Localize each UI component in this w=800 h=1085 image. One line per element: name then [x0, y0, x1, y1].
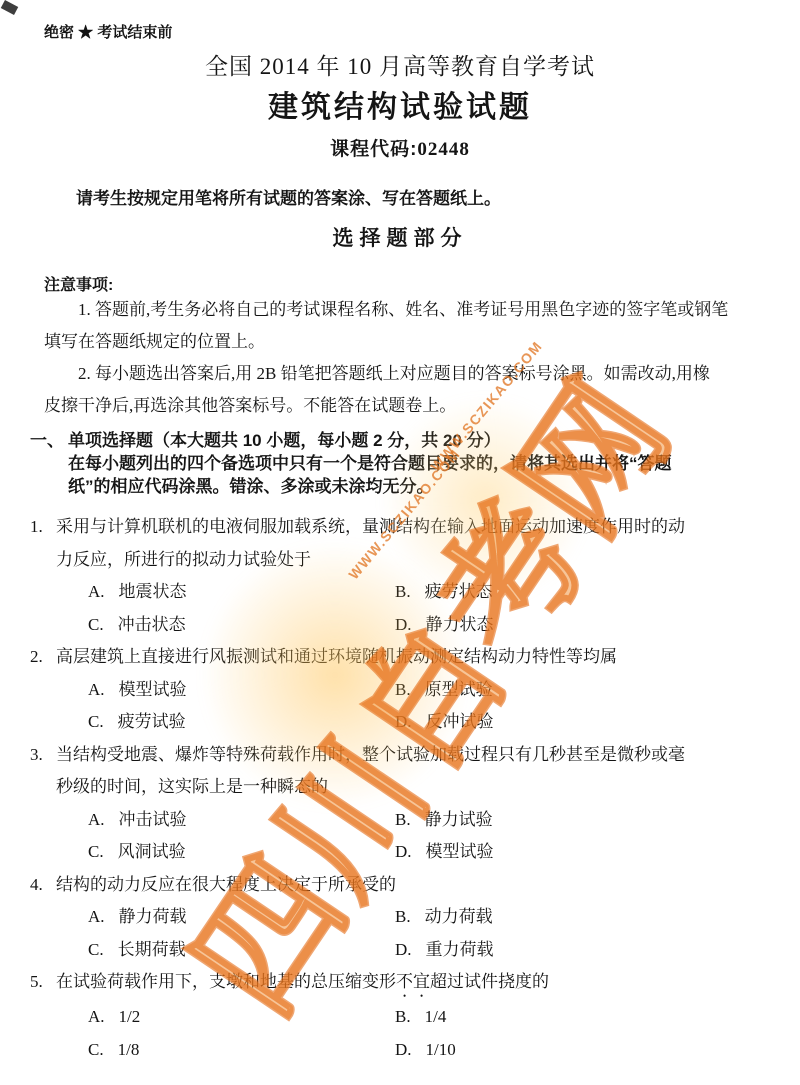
question-text: 结构的动力反应在很大程度上决定于所承受的: [56, 875, 396, 894]
option-text: 1/8: [118, 1040, 140, 1059]
option-letter: C.: [88, 712, 104, 731]
option-text: 1/10: [426, 1040, 456, 1059]
option-letter: A.: [88, 680, 105, 699]
question-list: 1.采用与计算机联机的电液伺服加载系统，量测结构在输入地面运动加速度作用时的动力…: [0, 511, 800, 1066]
option-text: 冲击试验: [119, 810, 187, 829]
question: 1.采用与计算机联机的电液伺服加载系统，量测结构在输入地面运动加速度作用时的动力…: [0, 511, 800, 641]
option-text: 地震状态: [119, 582, 187, 601]
options-row: C.风洞试验D.模型试验: [0, 836, 800, 869]
options-row: C.长期荷载D.重力荷载: [0, 934, 800, 967]
option-letter: D.: [395, 712, 412, 731]
notice-heading: 注意事项:: [44, 272, 113, 295]
question-stem: 3.当结构受地震、爆炸等特殊荷载作用时，整个试验加载过程只有几秒甚至是微秒或毫秒…: [0, 739, 800, 804]
option-text: 静力荷载: [119, 907, 187, 926]
question-number: 4.: [30, 869, 43, 902]
option-text: 模型试验: [426, 842, 494, 861]
options-row: A.地震状态B.疲劳状态: [0, 576, 800, 609]
option-a: A.地震状态: [0, 576, 395, 609]
question-stem: 2.高层建筑上直接进行风振测试和通过环境随机振动测定结构动力特性等均属: [0, 641, 800, 674]
exam-session-title: 全国 2014 年 10 月高等教育自学考试: [0, 48, 800, 81]
option-b: B.1/4: [395, 1001, 446, 1034]
question-number: 5.: [30, 966, 43, 999]
option-letter: C.: [88, 940, 104, 959]
option-a: A.模型试验: [0, 674, 395, 707]
question-stem: 5.在试验荷载作用下，支墩和地基的总压缩变形不宜超过试件挠度的: [0, 966, 800, 1001]
option-letter: A.: [88, 582, 105, 601]
option-d: D.模型试验: [395, 836, 494, 869]
option-letter: A.: [88, 810, 105, 829]
options-row: C.1/8D.1/10: [0, 1034, 800, 1067]
option-text: 疲劳试验: [118, 712, 186, 731]
question: 4.结构的动力反应在很大程度上决定于所承受的A.静力荷载B.动力荷载C.长期荷载…: [0, 869, 800, 967]
question-text: 当结构受地震、爆炸等特殊荷载作用时，整个试验加载过程只有几秒甚至是微秒或毫秒级的…: [56, 745, 685, 797]
question-text: 采用与计算机联机的电液伺服加载系统，量测结构在输入地面运动加速度作用时的动力反应…: [56, 517, 685, 569]
option-a: A.冲击试验: [0, 804, 395, 837]
question-text: 高层建筑上直接进行风振测试和通过环境随机振动测定结构动力特性等均属: [56, 647, 617, 666]
course-code-label: 课程代码:: [330, 139, 417, 160]
option-b: B.静力试验: [395, 804, 493, 837]
course-code-line: 课程代码:02448: [0, 134, 800, 161]
option-d: D.反冲试验: [395, 706, 494, 739]
option-b: B.原型试验: [395, 674, 493, 707]
options-row: C.冲击状态D.静力状态: [0, 609, 800, 642]
option-a: A.1/2: [0, 1001, 395, 1034]
question: 3.当结构受地震、爆炸等特殊荷载作用时，整个试验加载过程只有几秒甚至是微秒或毫秒…: [0, 739, 800, 869]
option-letter: C.: [88, 1040, 104, 1059]
part1-numeral: 一、: [30, 429, 64, 452]
options-row: A.冲击试验B.静力试验: [0, 804, 800, 837]
question: 2.高层建筑上直接进行风振测试和通过环境随机振动测定结构动力特性等均属A.模型试…: [0, 641, 800, 739]
course-code-value: 02448: [417, 139, 470, 160]
question-text: 在试验荷载作用下，支墩和地基的总压缩变形不宜超过试件挠度的: [56, 972, 549, 991]
option-text: 长期荷载: [118, 940, 186, 959]
question-number: 3.: [30, 739, 43, 772]
option-letter: A.: [88, 1007, 105, 1026]
option-text: 重力荷载: [426, 940, 494, 959]
option-text: 反冲试验: [426, 712, 494, 731]
options-row: A.模型试验B.原型试验: [0, 674, 800, 707]
question-number: 1.: [30, 511, 43, 544]
part1-heading-block: 一、 单项选择题（本大题共 10 小题，每小题 2 分，共 20 分） 在每小题…: [0, 429, 772, 498]
question: 5.在试验荷载作用下，支墩和地基的总压缩变形不宜超过试件挠度的A.1/2B.1/…: [0, 966, 800, 1066]
option-text: 冲击状态: [118, 615, 186, 634]
option-text: 静力状态: [426, 615, 494, 634]
question-stem: 1.采用与计算机联机的电液伺服加载系统，量测结构在输入地面运动加速度作用时的动力…: [0, 511, 800, 576]
exam-subject-title: 建筑结构试验试题: [0, 82, 800, 126]
option-a: A.静力荷载: [0, 901, 395, 934]
option-d: D.1/10: [395, 1034, 456, 1067]
option-letter: A.: [88, 907, 105, 926]
option-text: 静力试验: [425, 810, 493, 829]
option-letter: B.: [395, 680, 411, 699]
notice-item: 1. 答题前,考生务必将自己的考试课程名称、姓名、准考证号用黑色字迹的签字笔或钢…: [44, 294, 760, 358]
option-c: C.风洞试验: [0, 836, 395, 869]
question-number: 2.: [30, 641, 43, 674]
option-letter: D.: [395, 615, 412, 634]
option-text: 模型试验: [119, 680, 187, 699]
option-letter: C.: [88, 842, 104, 861]
option-letter: C.: [88, 615, 104, 634]
option-letter: D.: [395, 842, 412, 861]
option-text: 原型试验: [425, 680, 493, 699]
option-text: 疲劳状态: [425, 582, 493, 601]
option-letter: B.: [395, 1007, 411, 1026]
option-letter: D.: [395, 940, 412, 959]
option-text: 动力荷载: [425, 907, 493, 926]
question-stem: 4.结构的动力反应在很大程度上决定于所承受的: [0, 869, 800, 902]
notice-list: 1. 答题前,考生务必将自己的考试课程名称、姓名、准考证号用黑色字迹的签字笔或钢…: [44, 294, 760, 422]
options-row: A.静力荷载B.动力荷载: [0, 901, 800, 934]
section-title: 选择题部分: [0, 222, 800, 252]
part1-heading: 单项选择题（本大题共 10 小题，每小题 2 分，共 20 分）: [68, 429, 772, 452]
option-letter: B.: [395, 582, 411, 601]
option-d: D.静力状态: [395, 609, 494, 642]
option-letter: B.: [395, 810, 411, 829]
options-row: A.1/2B.1/4: [0, 1001, 800, 1034]
option-b: B.动力荷载: [395, 901, 493, 934]
option-text: 1/4: [425, 1007, 447, 1026]
answer-sheet-instruction: 请考生按规定用笔将所有试题的答案涂、写在答题纸上。: [76, 184, 501, 209]
option-text: 1/2: [119, 1007, 141, 1026]
option-letter: D.: [395, 1040, 412, 1059]
option-text: 风洞试验: [118, 842, 186, 861]
option-c: C.长期荷载: [0, 934, 395, 967]
option-c: C.冲击状态: [0, 609, 395, 642]
option-c: C.疲劳试验: [0, 706, 395, 739]
notice-item: 2. 每小题选出答案后,用 2B 铅笔把答题纸上对应题目的答案标号涂黑。如需改动…: [44, 358, 760, 422]
security-classification: 绝密 ★ 考试结束前: [44, 21, 172, 42]
option-letter: B.: [395, 907, 411, 926]
exam-page: 绝密 ★ 考试结束前 全国 2014 年 10 月高等教育自学考试 建筑结构试验…: [0, 0, 800, 1085]
scan-artifact: [1, 0, 18, 15]
part1-subheading: 在每小题列出的四个备选项中只有一个是符合题目要求的，请将其选出并将“答题纸”的相…: [68, 452, 772, 498]
emphasized-text: 不宜: [396, 972, 430, 991]
option-b: B.疲劳状态: [395, 576, 493, 609]
option-c: C.1/8: [0, 1034, 395, 1067]
options-row: C.疲劳试验D.反冲试验: [0, 706, 800, 739]
option-d: D.重力荷载: [395, 934, 494, 967]
